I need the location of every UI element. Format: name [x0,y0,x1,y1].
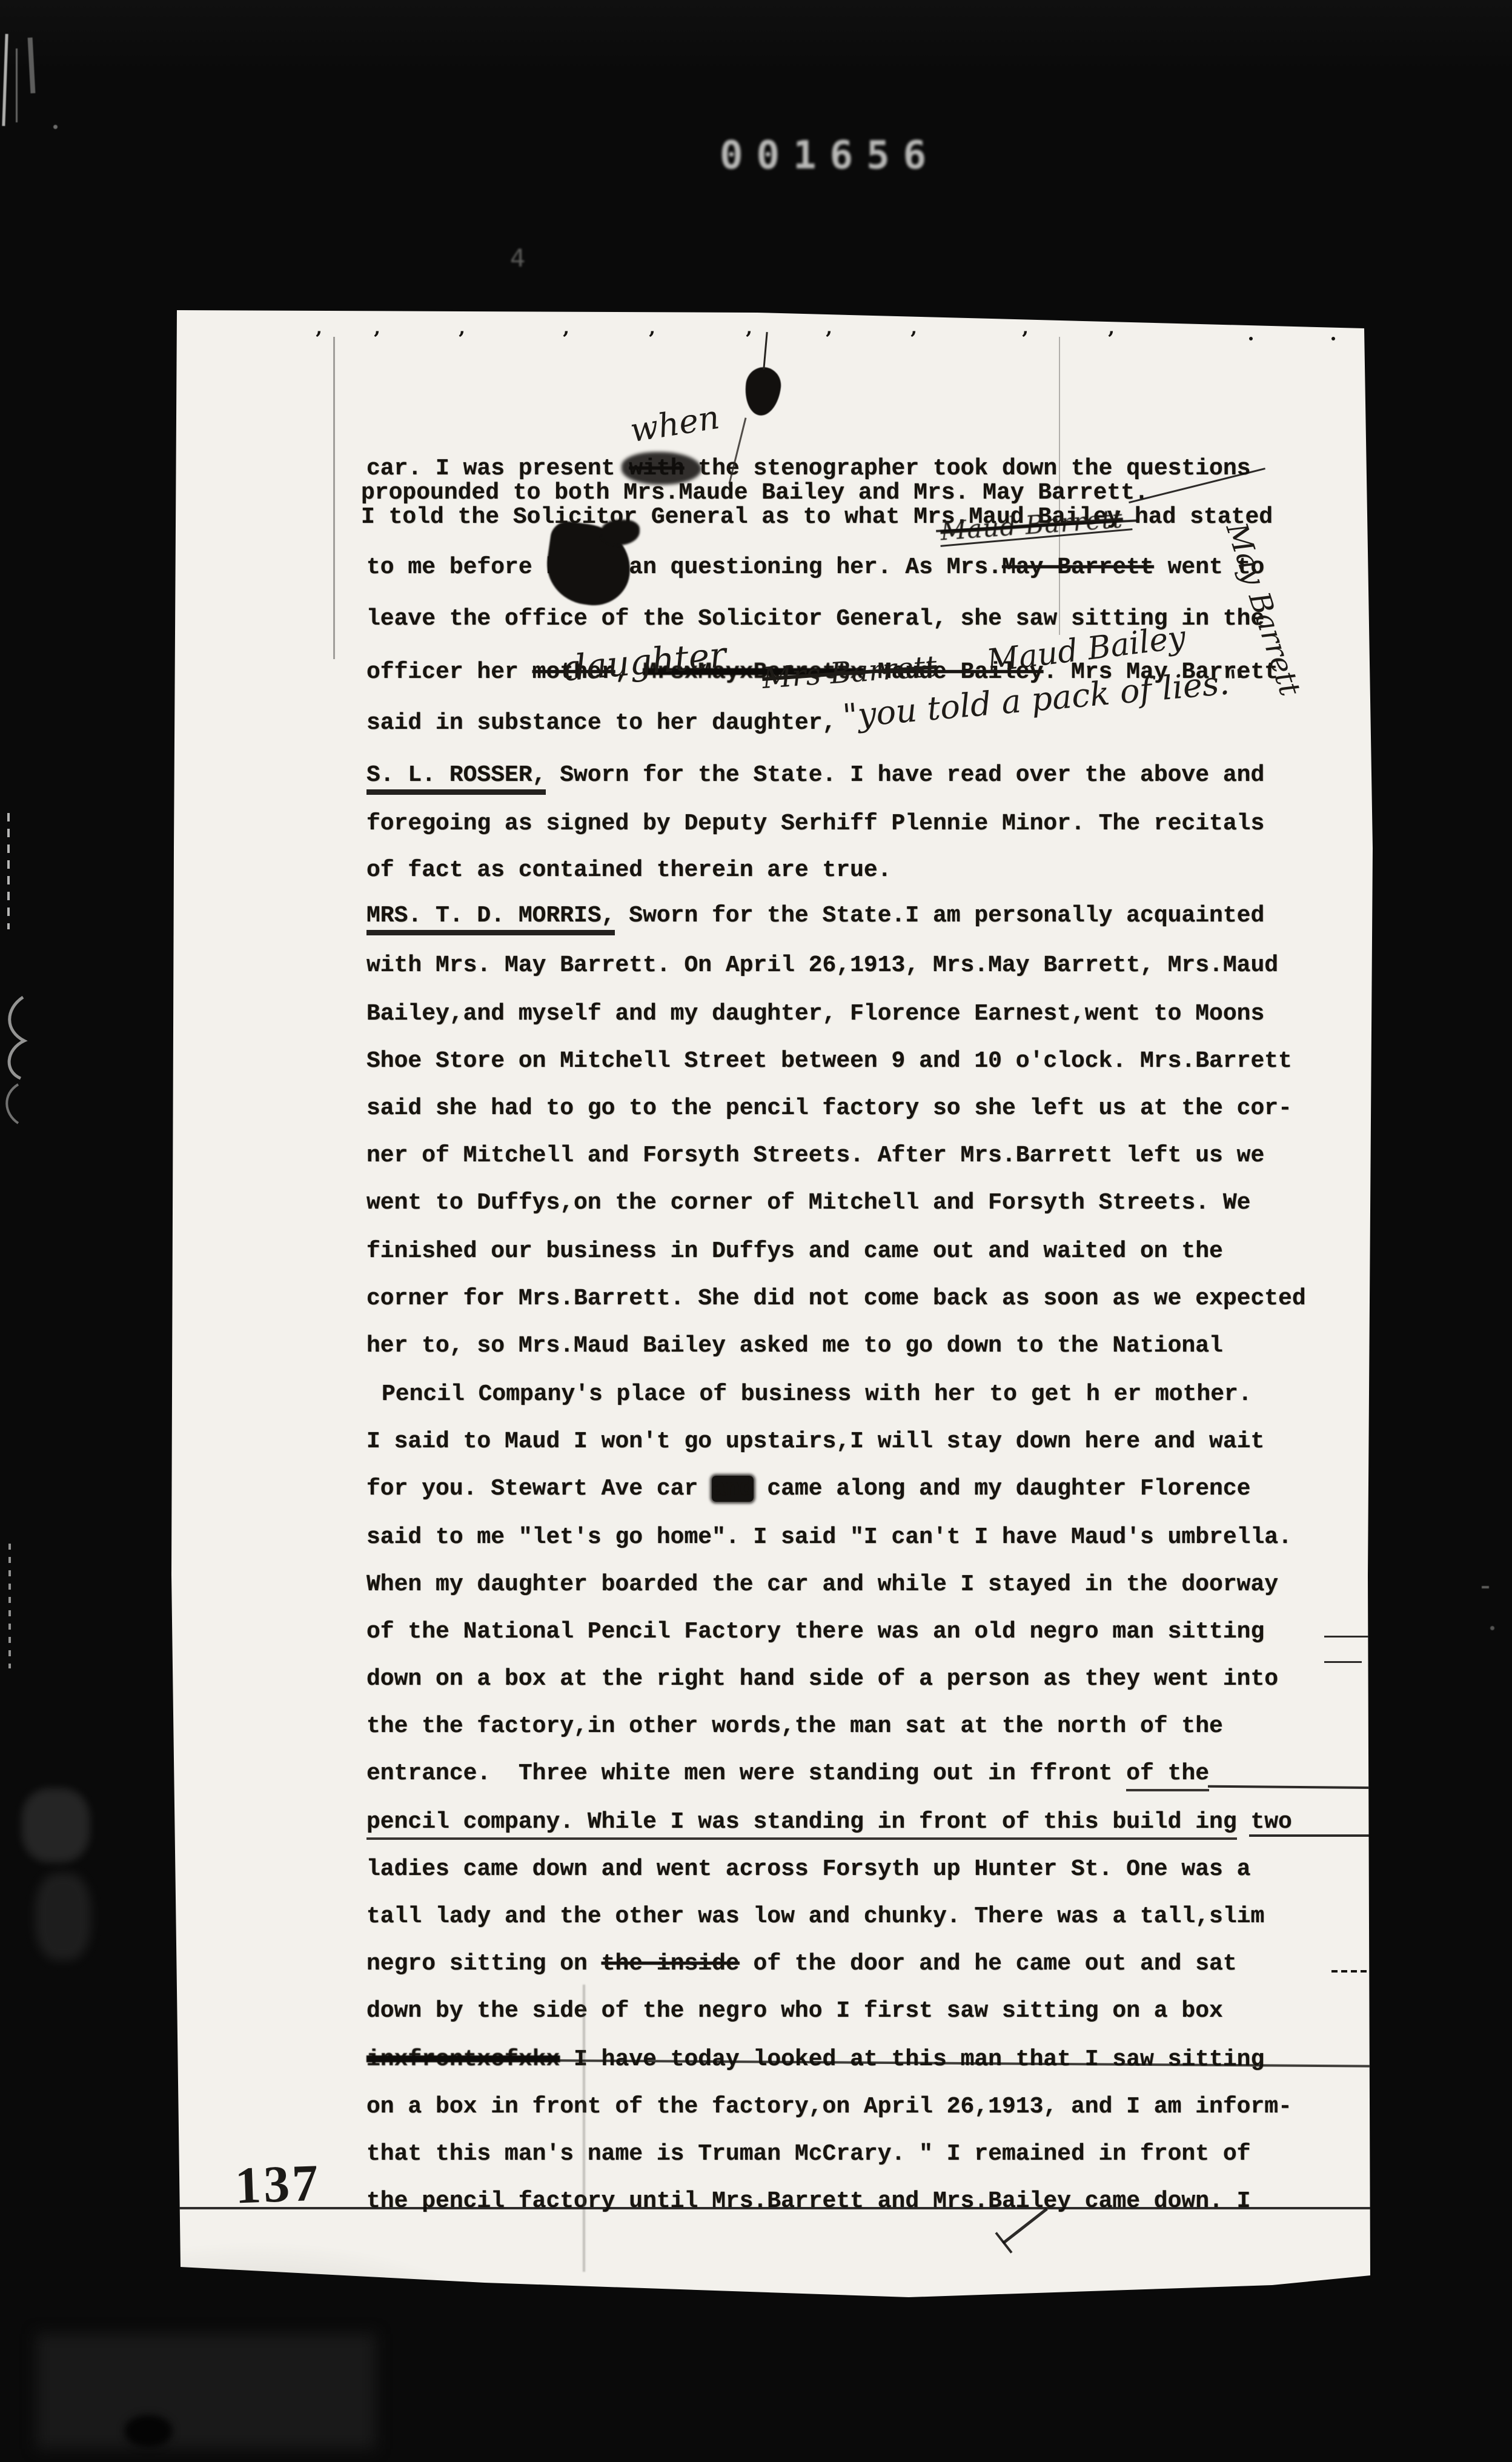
pen-underline-extension [1208,1785,1390,1790]
typed-line-16: ner of Mitchell and Forsyth Streets. Aft… [366,1143,1264,1169]
comma-mark: ’ [745,327,752,351]
typed-line-1: car. I was present with the stenographer… [366,456,1250,482]
typed-line-20: her to, so Mrs.Maud Bailey asked me to g… [366,1333,1223,1359]
ink-blot-heart [742,365,783,417]
typed-segment: I told the Solicitor General as to what … [361,504,1273,530]
film-scan-background: car. I was present with the stenographer… [0,0,1512,2462]
film-top-shade [0,0,1512,73]
typed-line-22: I said to Maud I won't go upstairs,I wil… [366,1428,1264,1455]
typed-segment: MRS. T. D. MORRIS, [366,903,615,935]
typed-line-12: with Mrs. May Barrett. On April 26,1913,… [366,952,1278,979]
typed-line-18: finished our business in Duffys and came… [366,1238,1223,1265]
typed-segment: and [712,1476,753,1502]
typed-line-23: for you. Stewart Ave car and came along … [366,1476,1250,1502]
faint-vertical-line-right [1059,337,1060,635]
typed-line-25: When my daughter boarded the car and whi… [366,1571,1278,1598]
typed-line-19: corner for Mrs.Barrett. She did not come… [366,1286,1306,1312]
typed-segment: ner of Mitchell and Forsyth Streets. Aft… [366,1143,1264,1169]
typed-line-3: I told the Solicitor General as to what … [361,504,1273,531]
typed-segment: Bailey,and myself and my daughter, Flore… [366,1001,1264,1027]
typed-segment: of the [1126,1760,1209,1791]
typed-segment: down on a box at the right hand side of … [366,1666,1278,1692]
faint-vertical-line-left [333,337,335,659]
typed-line-4: to me before he began questioning her. A… [366,554,1264,581]
handwritten-insert-when: when [628,398,722,450]
typed-line-27: down on a box at the right hand side of … [366,1666,1278,1693]
typed-line-32: tall lady and the other was low and chun… [366,1903,1264,1930]
typed-segment: of the National Pencil Factory there was… [366,1619,1264,1645]
typed-line-14: Shoe Store on Mitchell Street between 9 … [366,1048,1292,1075]
typed-segment: corner for Mrs.Barrett. She did not come… [366,1286,1306,1312]
film-speck [53,125,58,129]
typed-segment: two [1237,1809,1292,1835]
typed-segment: the inside [602,1951,740,1977]
pen-squiggle-above-blot [763,332,768,370]
page-number: 137 [234,2157,322,2212]
typed-line-37: that this man's name is Truman McCrary. … [366,2141,1250,2168]
dot-mark [1331,337,1335,340]
typed-segment: Shoe Store on Mitchell Street between 9 … [366,1048,1292,1074]
typed-segment: the pencil factory until Mrs.Barrett and… [366,2188,1250,2214]
typed-segment: car. I was present [366,456,629,482]
typed-segment: Sworn for the State. I have read over th… [546,762,1264,788]
pen-dash-right-margin [1331,1970,1384,1973]
typed-segment: finished our business in Duffys and came… [366,1238,1223,1264]
typed-line-33: negro sitting on the inside of the door … [366,1951,1237,1977]
typed-line-2: propounded to both Mrs.Maude Bailey and … [361,480,1149,506]
typed-line-31: ladies came down and went across Forsyth… [366,1856,1250,1883]
comma-mark: ’ [1107,327,1115,351]
typed-segment: inxfrontxofxkx [366,2046,560,2072]
typed-line-24: said to me "let's go home". I said "I ca… [366,1524,1292,1551]
typed-line-7: said in substance to her daughter, [366,710,836,737]
comma-mark: ’ [825,327,832,351]
typed-segment: pencil company. While I was standing in … [366,1809,1237,1840]
film-bottom-smudge [36,2334,376,2449]
typed-segment: said in substance to her daughter, [366,710,836,736]
film-scratch-dotted [8,1544,11,1668]
film-speck [1490,1626,1494,1630]
film-speck [1482,1586,1489,1588]
typed-segment: the the factory,in other words,the man s… [366,1713,1223,1739]
typed-line-26: of the National Pencil Factory there was… [366,1619,1264,1645]
typed-line-29: entrance. Three white men were standing … [366,1760,1209,1787]
typed-line-17: went to Duffys,on the corner of Mitchell… [366,1190,1250,1216]
typed-segment: with Mrs. May Barrett. On April 26,1913,… [366,952,1278,978]
film-dark-spot [124,2415,173,2447]
dot-mark [1249,337,1253,340]
typed-line-36: on a box in front of the factory,on Apri… [366,2094,1292,2120]
typed-line-28: the the factory,in other words,the man s… [366,1713,1223,1740]
handwritten-struck-name: Mrs Barrett [761,649,938,695]
film-scratch [16,48,18,122]
typed-segment: that this man's name is Truman McCrary. … [366,2141,1250,2167]
ink-blob-small [601,520,640,545]
comma-mark: ’ [562,327,569,351]
typed-line-10: of fact as contained therein are true. [366,857,892,884]
pen-line-right-margin [1324,1661,1362,1663]
typed-segment: of fact as contained therein are true. [366,857,892,883]
faint-digit-mark: 4 [510,245,525,273]
typed-segment: the stenographer took down the questions [685,456,1251,482]
typed-line-30: pencil company. While I was standing in … [366,1809,1292,1836]
typed-segment: officer her [366,659,532,685]
typed-segment: propounded to both Mrs.Maude Bailey and … [361,480,1149,506]
document-page: car. I was present with the stenographer… [0,0,1512,2462]
comma-mark: ’ [315,327,322,351]
typed-line-34: down by the side of the negro who I firs… [366,1998,1223,2025]
comma-mark: ’ [373,327,380,351]
typed-segment: her to, so Mrs.Maud Bailey asked me to g… [366,1333,1223,1359]
typed-line-15: said she had to go to the pencil factory… [366,1095,1292,1122]
typed-segment: entrance. Three white men were standing … [366,1760,1126,1787]
ink-smudge-over-with [622,452,701,485]
typed-line-11: MRS. T. D. MORRIS, Sworn for the State.I… [366,903,1264,929]
film-gray-blotch [22,1788,90,1862]
typed-line-8: S. L. ROSSER, Sworn for the State. I hav… [366,762,1264,789]
typed-segment: May Barrett [1002,554,1154,580]
film-scratch-dotted [7,813,10,929]
typed-segment: went to Duffys,on the corner of Mitchell… [366,1190,1250,1216]
typed-segment: for you. Stewart Ave car [366,1476,712,1502]
film-scratch-curl [0,994,36,1127]
typed-segment: said to me "let's go home". I said "I ca… [366,1524,1292,1550]
typed-segment: on a box in front of the factory,on Apri… [366,2094,1292,2120]
typed-segment: S. L. ROSSER, [366,762,546,795]
typed-line-35: inxfrontxofxkx I have today looked at th… [366,2046,1264,2073]
comma-mark: ’ [1021,327,1029,351]
typed-segment: I said to Maud I won't go upstairs,I wil… [366,1428,1264,1455]
typed-segment: said she had to go to the pencil factory… [366,1095,1292,1121]
comma-mark: ’ [910,327,917,351]
comma-mark: ’ [458,327,465,351]
pen-line-right-margin [1324,1636,1390,1637]
pen-underline-extension [1249,1834,1376,1837]
comma-mark: ’ [648,327,655,351]
typed-line-9: foregoing as signed by Deputy Serhiff Pl… [366,811,1264,837]
typed-segment: of the door and he came out and sat [740,1951,1237,1977]
paper-crease [583,1985,585,2272]
typed-segment: foregoing as signed by Deputy Serhiff Pl… [366,811,1264,837]
typed-line-13: Bailey,and myself and my daughter, Flore… [366,1001,1264,1027]
typed-segment: negro sitting on [366,1951,602,1977]
typed-segment: Sworn for the State.I am personally acqu… [615,903,1264,929]
typed-segment: to me before he began questioning her. A… [366,554,1002,580]
typed-line-38: the pencil factory until Mrs.Barrett and… [366,2188,1250,2215]
typed-segment: ladies came down and went across Forsyth… [366,1856,1250,1882]
stamp-number: 001656 [720,133,940,178]
typed-segment: tall lady and the other was low and chun… [366,1903,1264,1929]
typed-segment: When my daughter boarded the car and whi… [366,1571,1278,1598]
film-gray-blotch [35,1873,91,1960]
typed-line-21: Pencil Company's place of business with … [382,1381,1252,1408]
typed-segment: down by the side of the negro who I firs… [366,1998,1223,2024]
typed-segment: came along and my daughter Florence [754,1476,1251,1502]
typed-segment: Pencil Company's place of business with … [382,1381,1252,1407]
horizontal-rule-line [178,2207,1385,2209]
